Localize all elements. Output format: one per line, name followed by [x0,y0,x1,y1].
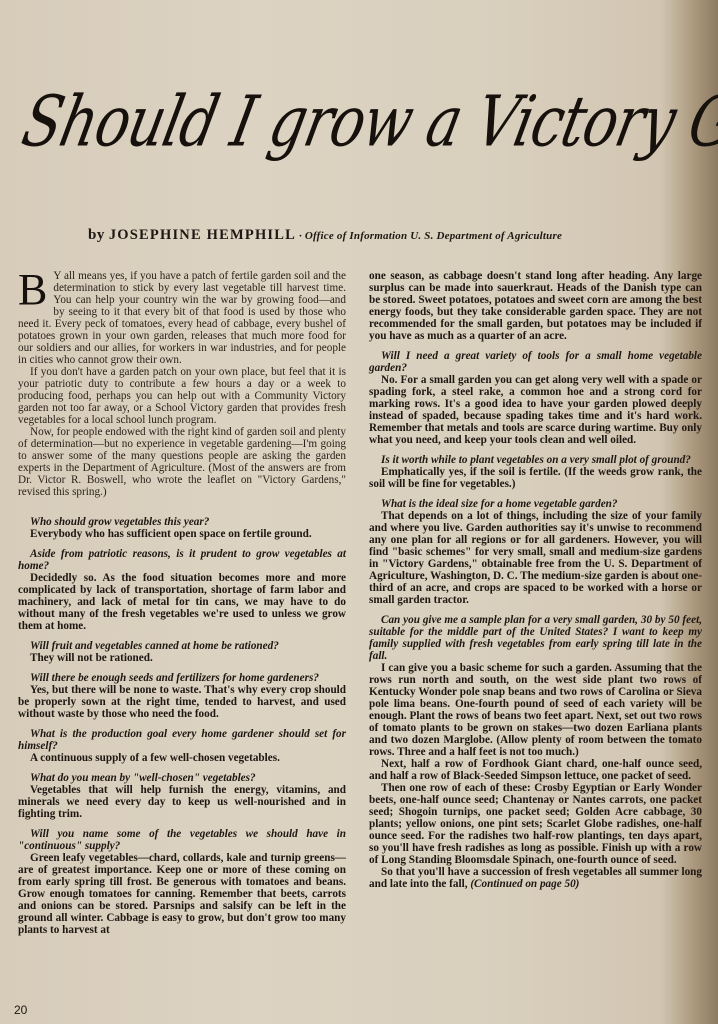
paragraph-last: So that you'll have a succession of fres… [369,866,702,890]
answer: A continuous supply of a few well-chosen… [18,752,346,764]
continued-note[interactable]: (Continued on page 50) [470,878,579,890]
question: Aside from patriotic reasons, is it prud… [18,548,346,572]
byline-affiliation: · Office of Information U. S. Department… [296,230,562,242]
answer: Decidedly so. As the food situation beco… [18,572,346,632]
answer: Emphatically yes, if the soil is fertile… [369,466,702,490]
answer: Yes, but there will be none to waste. Th… [18,684,346,720]
intro-paragraph-2: If you don't have a garden patch on your… [18,366,346,426]
byline-author: JOSEPHINE HEMPHILL [109,227,296,243]
question: Will fruit and vegetables canned at home… [18,640,346,652]
answer: Everybody who has sufficient open space … [18,528,346,540]
answer: Vegetables that will help furnish the en… [18,784,346,820]
intro-paragraph-3: Now, for people endowed with the right k… [18,426,346,498]
question: What is the production goal every home g… [18,728,346,752]
answer: Green leafy vegetables—chard, collards, … [18,852,346,936]
right-column: one season, as cabbage doesn't stand lon… [369,270,702,890]
question: Will there be enough seeds and fertilize… [18,672,346,684]
question: What do you mean by "well-chosen" vegeta… [18,772,346,784]
continued-answer: one season, as cabbage doesn't stand lon… [369,270,702,342]
question: Who should grow vegetables this year? [18,516,346,528]
question: What is the ideal size for a home vegeta… [369,498,702,510]
answer: I can give you a basic scheme for such a… [369,662,702,758]
question: Will I need a great variety of tools for… [369,350,702,374]
article-title: Should I grow a Victory Garden? [3,48,680,223]
answer: They will not be rationed. [18,652,346,664]
question: Can you give me a sample plan for a very… [369,614,702,662]
page-number: 20 [14,1003,27,1017]
magazine-page: Should I grow a Victory Garden? by JOSEP… [0,0,718,1024]
byline: by JOSEPHINE HEMPHILL · Office of Inform… [88,226,668,244]
drop-cap: B [18,272,47,308]
answer: That depends on a lot of things, includi… [369,510,702,606]
left-column: BY all means yes, if you have a patch of… [18,270,346,936]
paragraph-then: Then one row of each of these: Crosby Eg… [369,782,702,866]
intro-paragraph-1: BY all means yes, if you have a patch of… [18,270,346,366]
paragraph-next: Next, half a row of Fordhook Giant chard… [369,758,702,782]
answer: No. For a small garden you can get along… [369,374,702,446]
question: Is it worth while to plant vegetables on… [369,454,702,466]
byline-by: by [88,227,105,243]
question: Will you name some of the vegetables we … [18,828,346,852]
